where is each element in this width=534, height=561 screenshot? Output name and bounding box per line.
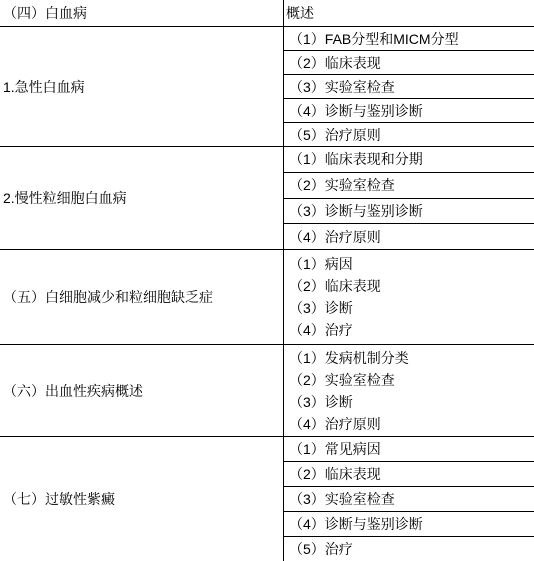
section-topic-cell: 1.急性白血病 xyxy=(0,27,284,146)
table-header-row: （四）白血病 概述 xyxy=(0,0,534,27)
overview-item: （4）治疗原则 xyxy=(284,413,534,435)
overview-item: （3）诊断与鉴别诊断 xyxy=(284,199,534,225)
overview-item: （3）实验室检查 xyxy=(284,75,534,99)
overview-item: （4）治疗 xyxy=(284,319,534,341)
section-topic-label: （五）白细胞减少和粒细胞缺乏症 xyxy=(3,287,213,307)
overview-item: （3）诊断 xyxy=(284,297,534,319)
section-row: （七）过敏性紫癜 （1）常见病因（2）临床表现（3）实验室检查（4）诊断与鉴别诊… xyxy=(0,437,534,561)
overview-item: （2）临床表现 xyxy=(284,462,534,487)
syllabus-table: （四）白血病 概述 1.急性白血病 （1）FAB分型和MICM分型（2）临床表现… xyxy=(0,0,534,561)
header-cell-topic: （四）白血病 xyxy=(0,0,284,26)
section-topic-label: （七）过敏性紫癜 xyxy=(3,489,115,509)
header-topic-label: （四）白血病 xyxy=(3,3,87,23)
section-overview-cell: （1）常见病因（2）临床表现（3）实验室检查（4）诊断与鉴别诊断（5）治疗 xyxy=(284,437,534,561)
section-topic-label: 2.慢性粒细胞白血病 xyxy=(3,188,127,208)
overview-item: （4）诊断与鉴别诊断 xyxy=(284,99,534,123)
overview-item: （1）临床表现和分期 xyxy=(284,147,534,173)
overview-item: （4）诊断与鉴别诊断 xyxy=(284,512,534,537)
header-cell-overview: 概述 xyxy=(284,0,534,26)
section-row: 1.急性白血病 （1）FAB分型和MICM分型（2）临床表现（3）实验室检查（4… xyxy=(0,27,534,147)
overview-item: （1）常见病因 xyxy=(284,437,534,462)
overview-item: （5）治疗原则 xyxy=(284,123,534,146)
section-overview-cell: （1）病因（2）临床表现（3）诊断（4）治疗 xyxy=(284,250,534,344)
section-topic-cell: 2.慢性粒细胞白血病 xyxy=(0,147,284,249)
overview-item: （1）发病机制分类 xyxy=(284,347,534,369)
section-row: （五）白细胞减少和粒细胞缺乏症 （1）病因（2）临床表现（3）诊断（4）治疗 xyxy=(0,250,534,345)
overview-item: （1）FAB分型和MICM分型 xyxy=(284,27,534,51)
section-topic-cell: （五）白细胞减少和粒细胞缺乏症 xyxy=(0,250,284,344)
header-overview-label: 概述 xyxy=(286,3,314,23)
section-row: 2.慢性粒细胞白血病 （1）临床表现和分期（2）实验室检查（3）诊断与鉴别诊断（… xyxy=(0,147,534,250)
overview-item: （3）实验室检查 xyxy=(284,487,534,512)
section-topic-label: 1.急性白血病 xyxy=(3,77,85,97)
overview-item: （2）临床表现 xyxy=(284,275,534,297)
section-row: （六）出血性疾病概述 （1）发病机制分类（2）实验室检查（3）诊断（4）治疗原则 xyxy=(0,345,534,437)
overview-item: （5）治疗 xyxy=(284,537,534,561)
overview-item: （2）实验室检查 xyxy=(284,369,534,391)
section-topic-label: （六）出血性疾病概述 xyxy=(3,381,143,401)
section-overview-cell: （1）发病机制分类（2）实验室检查（3）诊断（4）治疗原则 xyxy=(284,345,534,436)
overview-item: （2）临床表现 xyxy=(284,51,534,75)
section-topic-cell: （七）过敏性紫癜 xyxy=(0,437,284,561)
overview-item: （4）治疗原则 xyxy=(284,224,534,249)
section-overview-cell: （1）FAB分型和MICM分型（2）临床表现（3）实验室检查（4）诊断与鉴别诊断… xyxy=(284,27,534,146)
overview-item: （1）病因 xyxy=(284,253,534,275)
overview-item: （3）诊断 xyxy=(284,391,534,413)
section-overview-cell: （1）临床表现和分期（2）实验室检查（3）诊断与鉴别诊断（4）治疗原则 xyxy=(284,147,534,249)
overview-item: （2）实验室检查 xyxy=(284,173,534,199)
syllabus-page: （四）白血病 概述 1.急性白血病 （1）FAB分型和MICM分型（2）临床表现… xyxy=(0,0,534,561)
section-topic-cell: （六）出血性疾病概述 xyxy=(0,345,284,436)
